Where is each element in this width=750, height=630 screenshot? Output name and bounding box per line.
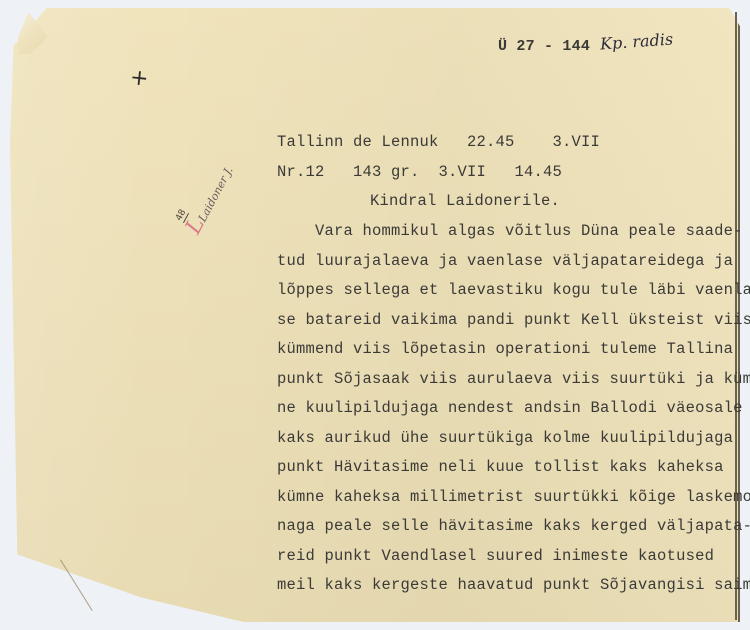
body-line: meil kaks kergeste haavatud punkt Sõjava… xyxy=(277,576,750,594)
handwritten-cross-mark: + xyxy=(129,65,150,92)
body-line: tud luurajalaeva ja vaenlase väljapatare… xyxy=(277,252,733,270)
body-line: kümmend viis lõpetasin operationi tuleme… xyxy=(277,340,733,358)
telegram-header-line-1: Tallinn de Lennuk 22.45 3.VII xyxy=(277,133,600,151)
body-line: lõppes sellega et laevastiku kogu tule l… xyxy=(277,281,750,299)
body-line: punkt Sõjasaak viis aurulaeva viis suurt… xyxy=(277,370,750,388)
scanned-document-viewer: + Ü 27 - 144 Kp. radis 48 LLaidoner J. T… xyxy=(0,0,750,630)
telegram-header-line-2: Nr.12 143 gr. 3.VII 14.45 xyxy=(277,163,562,181)
body-line: reid punkt Vaendlasel suured inimeste ka… xyxy=(277,547,714,565)
body-line: se batareid vaikima pandi punkt Kell üks… xyxy=(277,311,750,329)
body-line: Vara hommikul algas võitlus Düna peale s… xyxy=(277,222,743,240)
body-line: punkt Hävitasime neli kuue tollist kaks … xyxy=(277,458,724,476)
addressee: Kindral Laidonerile. xyxy=(370,192,560,210)
body-line: ne kuulipildujaga nendest andsin Ballodi… xyxy=(277,399,743,417)
body-line: naga peale selle hävitasime kaks kerged … xyxy=(277,517,750,535)
reference-number: Ü 27 - 144 xyxy=(498,38,590,55)
body-line: kümne kaheksa millimetrist suurtükki kõi… xyxy=(277,488,750,506)
body-line: kaks aurikud ühe suurtükiga kolme kuulip… xyxy=(277,429,733,447)
